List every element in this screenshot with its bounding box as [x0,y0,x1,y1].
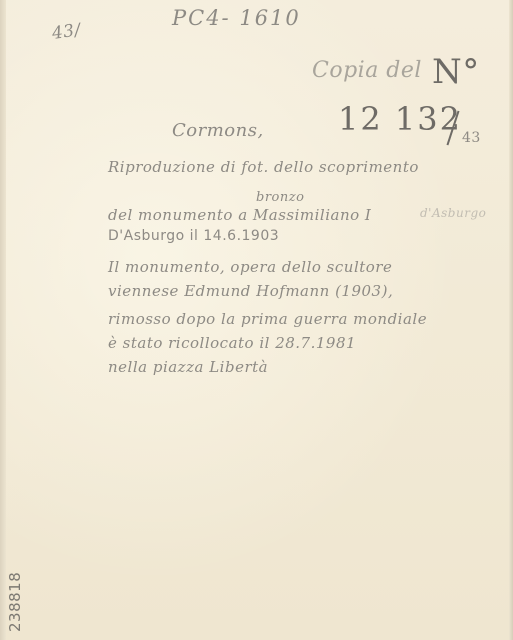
copy-label: Copia del [312,58,422,83]
catalog-code: PC4- 1610 [172,6,301,30]
paper-left-edge [0,0,6,640]
place-name: Cormons, [172,120,264,141]
description-line-2: del monumento a Massimiliano I [108,206,371,224]
copy-number: 12 132 [338,100,462,138]
note-line-3: rimosso dopo la prima guerra mondiale [108,310,427,328]
inserted-word: bronzo [256,190,304,205]
copy-number-suffix: 43 [462,130,481,146]
paper-right-edge [509,0,513,640]
inventory-number: 238818 [6,572,24,632]
copy-number-label: N° [432,52,480,92]
description-line-3: D'Asburgo il 14.6.1903 [108,228,279,244]
description-line-1: Riproduzione di fot. dello scoprimento [108,158,419,176]
note-line-2: viennese Edmund Hofmann (1903), [108,282,393,300]
top-left-mark: 43/ [51,20,82,44]
note-line-1: Il monumento, opera dello scultore [108,258,392,276]
note-line-4: è stato ricollocato il 28.7.1981 [108,334,356,352]
note-line-5: nella piazza Libertà [108,358,268,376]
struck-text: d'Asburgo [420,206,486,220]
